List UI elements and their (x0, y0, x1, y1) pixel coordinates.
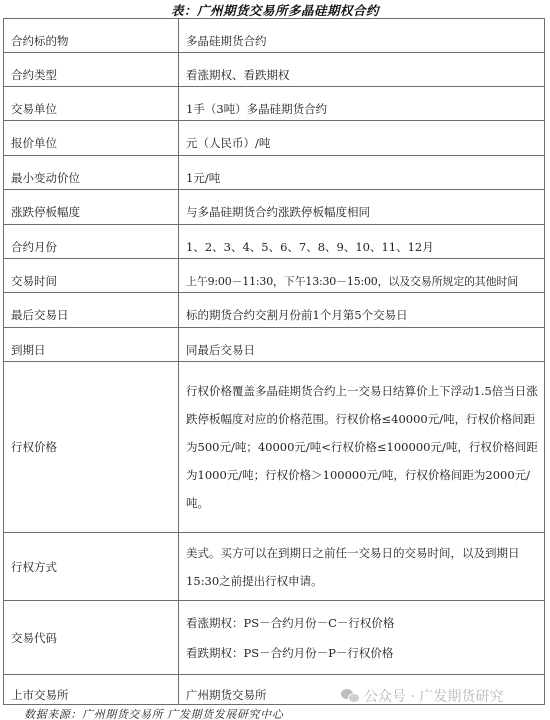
table-row: 最后交易日 标的期货合约交割月份前1个月第5个交易日 (4, 293, 545, 328)
table-row: 行权价格 行权价格覆盖多晶硅期货合约上一交易日结算价上下浮动1.5倍当日涨跌停板… (4, 362, 545, 533)
table-row: 最小变动价位 1元/吨 (4, 156, 545, 190)
row-key: 最后交易日 (4, 293, 179, 328)
data-source: 数据来源：广州期货交易所 广发期货发展研究中心 (24, 706, 283, 720)
watermark-text: 公众号 · 广发期货研究 (364, 686, 503, 706)
row-value: 看涨期权、看跌期权 (179, 53, 545, 87)
row-key: 合约标的物 (4, 19, 179, 53)
row-key: 行权价格 (4, 362, 179, 533)
trading-codes: 看涨期权：PS－合约月份－C－行权价格 看跌期权：PS－合约月份－P－行权价格 (179, 601, 545, 675)
row-key: 合约类型 (4, 53, 179, 87)
table-row: 涨跌停板幅度 与多晶硅期货合约涨跌停板幅度相同 (4, 190, 545, 225)
call-code: 看涨期权：PS－合约月份－C－行权价格 (186, 608, 538, 638)
row-value: 与多晶硅期货合约涨跌停板幅度相同 (179, 190, 545, 225)
put-code: 看跌期权：PS－合约月份－P－行权价格 (186, 638, 538, 668)
row-key: 交易代码 (4, 601, 179, 675)
watermark: 公众号 · 广发期货研究 (341, 686, 503, 706)
row-value: 1手（3吨）多晶硅期货合约 (179, 87, 545, 121)
row-key: 交易单位 (4, 87, 179, 121)
row-key: 上市交易所 (4, 675, 179, 705)
row-key: 最小变动价位 (4, 156, 179, 190)
table-row: 合约标的物 多晶硅期货合约 (4, 19, 545, 53)
row-key: 涨跌停板幅度 (4, 190, 179, 225)
table-row: 合约月份 1、2、3、4、5、6、7、8、9、10、11、12月 (4, 225, 545, 259)
row-key: 交易时间 (4, 259, 179, 293)
table-row: 交易单位 1手（3吨）多晶硅期货合约 (4, 87, 545, 121)
table-title: 表：广州期货交易所多晶硅期权合约 (0, 1, 550, 19)
table-row: 行权方式 美式。买方可以在到期日之前任一交易日的交易时间，以及到期日15:30之… (4, 533, 545, 601)
wechat-icon (341, 689, 359, 703)
table-row: 交易时间 上午9:00－11:30，下午13:30－15:00，以及交易所规定的… (4, 259, 545, 293)
table-row: 合约类型 看涨期权、看跌期权 (4, 53, 545, 87)
row-value: 元（人民币）/吨 (179, 121, 545, 156)
table-row: 报价单位 元（人民币）/吨 (4, 121, 545, 156)
table-row: 交易代码 看涨期权：PS－合约月份－C－行权价格 看跌期权：PS－合约月份－P－… (4, 601, 545, 675)
row-value: 1、2、3、4、5、6、7、8、9、10、11、12月 (179, 225, 545, 259)
row-key: 到期日 (4, 328, 179, 362)
row-value: 美式。买方可以在到期日之前任一交易日的交易时间，以及到期日15:30之前提出行权… (179, 533, 545, 601)
row-value: 多晶硅期货合约 (179, 19, 545, 53)
table-row: 到期日 同最后交易日 (4, 328, 545, 362)
row-key: 行权方式 (4, 533, 179, 601)
row-value: 行权价格覆盖多晶硅期货合约上一交易日结算价上下浮动1.5倍当日涨跌停板幅度对应的… (179, 362, 545, 533)
row-value: 同最后交易日 (179, 328, 545, 362)
contract-spec-table: 合约标的物 多晶硅期货合约 合约类型 看涨期权、看跌期权 交易单位 1手（3吨）… (3, 18, 545, 705)
row-value: 标的期货合约交割月份前1个月第5个交易日 (179, 293, 545, 328)
row-value: 上午9:00－11:30，下午13:30－15:00，以及交易所规定的其他时间 (179, 259, 545, 293)
row-value: 1元/吨 (179, 156, 545, 190)
row-key: 报价单位 (4, 121, 179, 156)
row-key: 合约月份 (4, 225, 179, 259)
